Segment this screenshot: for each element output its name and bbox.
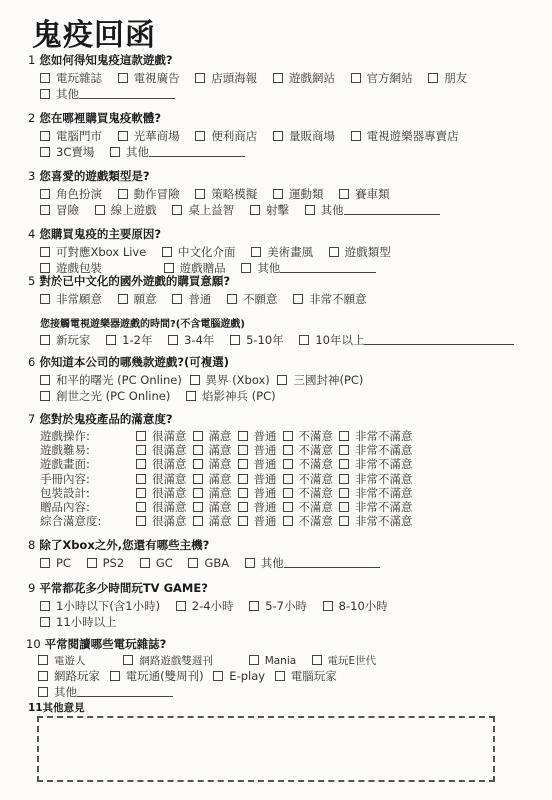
satisfaction-grid: 遊戲操作:很滿意滿意普通不滿意非常不滿意 遊戲難易:很滿意滿意普通不滿意非常不滿… — [28, 429, 419, 528]
checkbox-icon[interactable] — [193, 431, 203, 441]
checkbox-icon[interactable] — [251, 247, 261, 257]
option[interactable]: 角色扮演 — [40, 186, 102, 202]
checkbox-icon[interactable] — [106, 335, 116, 345]
option[interactable]: 策略模擬 — [195, 186, 257, 202]
checkbox-icon[interactable] — [40, 147, 50, 157]
option[interactable]: 量販商場 — [273, 128, 335, 144]
checkbox-icon[interactable] — [40, 294, 50, 304]
checkbox-icon[interactable] — [110, 147, 120, 157]
grid-row: 綜合滿意度:很滿意滿意普通不滿意非常不滿意 — [40, 514, 419, 528]
checkbox-icon[interactable] — [40, 189, 50, 199]
checkbox-icon[interactable] — [293, 294, 303, 304]
option[interactable]: 2-4小時 — [176, 598, 234, 614]
checkbox-icon[interactable] — [118, 73, 128, 83]
question-text: 您購買鬼疫的主要原因? — [39, 227, 161, 241]
checkbox-icon[interactable] — [323, 601, 333, 611]
option[interactable]: 焰影神兵 (PC) — [186, 388, 276, 404]
option[interactable]: 冒險 — [40, 202, 79, 218]
option[interactable]: 網路玩家 — [38, 668, 100, 684]
option[interactable]: Mania — [249, 654, 297, 668]
option[interactable]: 電玩雜誌 — [40, 70, 102, 86]
checkbox-icon[interactable] — [329, 247, 339, 257]
checkbox-icon[interactable] — [193, 445, 203, 455]
checkbox-icon[interactable] — [186, 391, 196, 401]
other-input-line[interactable] — [344, 203, 440, 215]
checkbox-icon[interactable] — [283, 516, 293, 526]
checkbox-icon[interactable] — [118, 294, 128, 304]
checkbox-icon[interactable] — [213, 671, 223, 681]
option[interactable]: 三國封神(PC) — [277, 372, 363, 388]
checkbox-icon[interactable] — [136, 516, 146, 526]
checkbox-icon[interactable] — [283, 459, 293, 469]
question-text: 您在哪裡購買鬼疫軟體? — [39, 111, 161, 125]
checkbox-icon[interactable] — [241, 263, 251, 273]
checkbox-icon[interactable] — [250, 205, 260, 215]
question-4: 4您購買鬼疫的主要原因? 可對應Xbox Live 中文化介面 美術畫風 遊戲類… — [28, 226, 403, 276]
question-text: 您對於鬼疫產品的滿意度? — [39, 412, 172, 426]
grid-row: 贈品內容:很滿意滿意普通不滿意非常不滿意 — [40, 500, 419, 514]
checkbox-icon[interactable] — [195, 131, 205, 141]
checkbox-icon[interactable] — [283, 431, 293, 441]
checkbox-icon[interactable] — [245, 558, 255, 568]
checkbox-icon[interactable] — [136, 445, 146, 455]
checkbox-icon[interactable] — [238, 445, 248, 455]
option[interactable]: 非常不願意 — [293, 291, 367, 307]
question-text: 您接觸電視遊樂器遊戲的時間?(不含電腦遊戲) — [40, 319, 245, 330]
option[interactable]: 線上遊戲 — [95, 202, 157, 218]
question-text: 你知道本公司的哪幾款遊戲?(可複選) — [39, 355, 229, 369]
option[interactable]: 可對應Xbox Live — [40, 244, 146, 260]
option[interactable]: 光華商場 — [118, 128, 180, 144]
checkbox-icon[interactable] — [339, 474, 349, 484]
other-input-line[interactable] — [284, 556, 380, 568]
checkbox-icon[interactable] — [136, 459, 146, 469]
option[interactable]: 運動類 — [273, 186, 324, 202]
option[interactable]: 願意 — [118, 291, 157, 307]
checkbox-icon[interactable] — [238, 431, 248, 441]
option[interactable]: 3C賣場 — [40, 144, 94, 160]
checkbox-icon[interactable] — [299, 335, 309, 345]
comments-box[interactable] — [37, 716, 495, 782]
grid-row: 遊戲難易:很滿意滿意普通不滿意非常不滿意 — [40, 443, 419, 457]
option[interactable]: 電玩E世代 — [312, 654, 377, 668]
checkbox-icon[interactable] — [168, 335, 178, 345]
checkbox-icon[interactable] — [273, 73, 283, 83]
checkbox-icon[interactable] — [195, 73, 205, 83]
checkbox-icon[interactable] — [136, 502, 146, 512]
question-text: 您如何得知鬼疫這款遊戲? — [39, 53, 172, 67]
checkbox-icon[interactable] — [193, 502, 203, 512]
checkbox-icon[interactable] — [172, 294, 182, 304]
checkbox-icon[interactable] — [190, 375, 200, 385]
checkbox-icon[interactable] — [305, 205, 315, 215]
checkbox-icon[interactable] — [238, 488, 248, 498]
checkbox-icon[interactable] — [40, 375, 50, 385]
checkbox-icon[interactable] — [118, 189, 128, 199]
question-text: 除了Xbox之外,您還有哪些主機? — [39, 538, 209, 552]
checkbox-icon[interactable] — [273, 131, 283, 141]
checkbox-icon[interactable] — [38, 687, 48, 697]
option[interactable]: 桌上益智 — [172, 202, 234, 218]
checkbox-icon[interactable] — [40, 617, 50, 627]
other-input-line[interactable] — [79, 87, 175, 99]
checkbox-icon[interactable] — [40, 601, 50, 611]
option[interactable]: 10年以上 — [299, 332, 514, 348]
question-11: 11其他意見 — [28, 700, 85, 717]
question-play-time: 您接觸電視遊樂器遊戲的時間?(不含電腦遊戲) 新玩家 1-2年 3-4年 5-1… — [28, 315, 526, 348]
option[interactable]: 1小時以下(含1小時) — [40, 598, 160, 614]
checkbox-icon[interactable] — [40, 131, 50, 141]
option[interactable]: 異界 (Xbox) — [190, 372, 270, 388]
option-other[interactable]: 其他 — [245, 555, 380, 571]
question-text: 對於已中文化的國外遊戲的購買意願? — [39, 274, 230, 288]
checkbox-icon[interactable] — [193, 474, 203, 484]
option[interactable]: 非常願意 — [40, 291, 102, 307]
option[interactable]: 電遊人 — [38, 654, 108, 668]
checkbox-icon[interactable] — [162, 247, 172, 257]
question-9: 9平常都花多少時間玩TV GAME? 1小時以下(含1小時) 2-4小時 5-7… — [28, 580, 400, 630]
checkbox-icon[interactable] — [40, 205, 50, 215]
option[interactable]: 電視遊樂器專賣店 — [351, 128, 459, 144]
checkbox-icon[interactable] — [351, 73, 361, 83]
option[interactable]: 3-4年 — [168, 332, 214, 348]
checkbox-icon[interactable] — [40, 263, 50, 273]
checkbox-icon[interactable] — [136, 488, 146, 498]
option[interactable]: 和平的曙光 (PC Online) — [40, 372, 182, 388]
question-1: 1您如何得知鬼疫這款遊戲? 電玩雜誌 電視廣告 店頭海報 遊戲網站 官方網站 朋… — [28, 52, 479, 102]
grid-row: 遊戲畫面:很滿意滿意普通不滿意非常不滿意 — [40, 457, 419, 471]
question-2: 2您在哪裡購買鬼疫軟體? 電腦門市 光華商場 便利商店 量販商場 電視遊樂器專賣… — [28, 110, 471, 160]
checkbox-icon[interactable] — [277, 375, 287, 385]
checkbox-icon[interactable] — [249, 601, 259, 611]
checkbox-icon[interactable] — [176, 601, 186, 611]
checkbox-icon[interactable] — [40, 247, 50, 257]
option[interactable]: 店頭海報 — [195, 70, 257, 86]
question-10: 10平常閱讀哪些電玩雜誌? 電遊人 網路遊戲雙週刊 Mania 電玩E世代 網路… — [26, 636, 388, 700]
checkbox-icon[interactable] — [40, 89, 50, 99]
option[interactable]: 賽車類 — [339, 186, 390, 202]
question-number: 1 — [28, 53, 35, 67]
option-other[interactable]: 其他 — [40, 86, 175, 102]
checkbox-icon[interactable] — [40, 73, 50, 83]
checkbox-icon[interactable] — [188, 558, 198, 568]
option[interactable]: 朋友 — [428, 70, 467, 86]
checkbox-icon[interactable] — [283, 445, 293, 455]
option[interactable]: 射擊 — [250, 202, 289, 218]
option[interactable]: 動作冒險 — [118, 186, 180, 202]
checkbox-icon[interactable] — [40, 391, 50, 401]
option[interactable]: 電腦門市 — [40, 128, 102, 144]
question-3: 3您喜愛的遊戲類型是? 角色扮演 動作冒險 策略模擬 運動類 賽車類 冒險 線上… — [28, 168, 452, 218]
checkbox-icon[interactable] — [40, 558, 50, 568]
checkbox-icon[interactable] — [38, 671, 48, 681]
checkbox-icon[interactable] — [193, 459, 203, 469]
checkbox-icon[interactable] — [238, 459, 248, 469]
checkbox-icon[interactable] — [195, 189, 205, 199]
grid-row: 手冊內容:很滿意滿意普通不滿意非常不滿意 — [40, 472, 419, 486]
option[interactable]: 便利商店 — [195, 128, 257, 144]
option[interactable]: 遊戲網站 — [273, 70, 335, 86]
checkbox-icon[interactable] — [273, 189, 283, 199]
checkbox-icon[interactable] — [283, 488, 293, 498]
checkbox-icon[interactable] — [87, 558, 97, 568]
checkbox-icon[interactable] — [95, 205, 105, 215]
checkbox-icon[interactable] — [339, 445, 349, 455]
other-input-line[interactable] — [149, 145, 245, 157]
checkbox-icon[interactable] — [238, 516, 248, 526]
option[interactable]: 網路遊戲雙週刊 — [123, 654, 233, 668]
option[interactable]: 5-7小時 — [249, 598, 307, 614]
question-6: 6你知道本公司的哪幾款遊戲?(可複選) 和平的曙光 (PC Online) 異界… — [28, 354, 375, 404]
checkbox-icon[interactable] — [283, 474, 293, 484]
other-input-line[interactable] — [77, 685, 173, 697]
checkbox-icon[interactable] — [230, 335, 240, 345]
option[interactable]: 電玩通(雙周刊) — [110, 668, 204, 684]
checkbox-icon[interactable] — [193, 488, 203, 498]
question-7: 7您對於鬼疫產品的滿意度? 遊戲操作:很滿意滿意普通不滿意非常不滿意 遊戲難易:… — [28, 411, 419, 528]
checkbox-icon[interactable] — [428, 73, 438, 83]
checkbox-icon[interactable] — [312, 655, 322, 665]
option[interactable]: GC — [140, 555, 173, 571]
option-other[interactable]: 其他 — [110, 144, 245, 160]
checkbox-icon[interactable] — [136, 474, 146, 484]
option[interactable]: 不願意 — [227, 291, 278, 307]
other-input-line[interactable] — [280, 261, 376, 273]
checkbox-icon[interactable] — [339, 459, 349, 469]
option[interactable]: 8-10小時 — [323, 598, 388, 614]
checkbox-icon[interactable] — [172, 205, 182, 215]
question-8: 8除了Xbox之外,您還有哪些主機? PC PS2 GC GBA 其他 — [28, 537, 392, 571]
checkbox-icon[interactable] — [110, 671, 120, 681]
checkbox-icon[interactable] — [227, 294, 237, 304]
checkbox-icon[interactable] — [140, 558, 150, 568]
grid-row: 遊戲操作:很滿意滿意普通不滿意非常不滿意 — [40, 429, 419, 443]
input-line[interactable] — [364, 333, 514, 345]
checkbox-icon[interactable] — [339, 431, 349, 441]
checkbox-icon[interactable] — [339, 189, 349, 199]
option[interactable]: 創世之光 (PC Online) — [40, 388, 170, 404]
question-5: 5對於已中文化的國外遊戲的購買意願? 非常願意 願意 普通 不願意 非常不願意 — [28, 273, 379, 307]
option[interactable]: 電腦玩家 — [275, 668, 337, 684]
question-text: 其他意見 — [43, 702, 85, 714]
checkbox-icon[interactable] — [238, 502, 248, 512]
checkbox-icon[interactable] — [38, 655, 48, 665]
option[interactable]: 1-2年 — [106, 332, 152, 348]
checkbox-icon[interactable] — [339, 516, 349, 526]
option[interactable]: 遊戲類型 — [329, 244, 391, 260]
option[interactable]: 電視廣告 — [118, 70, 180, 86]
option-other[interactable]: 其他 — [305, 202, 440, 218]
option[interactable]: 中文化介面 — [162, 244, 236, 260]
option[interactable]: GBA — [188, 555, 229, 571]
option[interactable]: 普通 — [172, 291, 211, 307]
option[interactable]: PC — [40, 555, 71, 571]
checkbox-icon[interactable] — [249, 655, 259, 665]
question-text: 您喜愛的遊戲類型是? — [39, 169, 149, 183]
option[interactable]: 11小時以上 — [40, 614, 117, 630]
option[interactable]: 美術畫風 — [251, 244, 313, 260]
checkbox-icon[interactable] — [339, 502, 349, 512]
grid-row: 包裝設計:很滿意滿意普通不滿意非常不滿意 — [40, 486, 419, 500]
checkbox-icon[interactable] — [164, 263, 174, 273]
option[interactable]: E-play — [213, 668, 265, 684]
option[interactable]: 5-10年 — [230, 332, 284, 348]
question-text: 平常閱讀哪些電玩雜誌? — [45, 637, 167, 651]
checkbox-icon[interactable] — [275, 671, 285, 681]
form-title: 鬼疫回函 — [32, 10, 156, 54]
checkbox-icon[interactable] — [339, 488, 349, 498]
checkbox-icon[interactable] — [193, 516, 203, 526]
option[interactable]: PS2 — [87, 555, 125, 571]
option[interactable]: 新玩家 — [40, 332, 91, 348]
checkbox-icon[interactable] — [136, 431, 146, 441]
option[interactable]: 官方網站 — [351, 70, 413, 86]
question-text: 平常都花多少時間玩TV GAME? — [39, 581, 208, 595]
option-other[interactable]: 其他 — [38, 684, 173, 700]
checkbox-icon[interactable] — [238, 474, 248, 484]
checkbox-icon[interactable] — [351, 131, 361, 141]
checkbox-icon[interactable] — [123, 655, 133, 665]
checkbox-icon[interactable] — [118, 131, 128, 141]
checkbox-icon[interactable] — [40, 335, 50, 345]
checkbox-icon[interactable] — [283, 502, 293, 512]
